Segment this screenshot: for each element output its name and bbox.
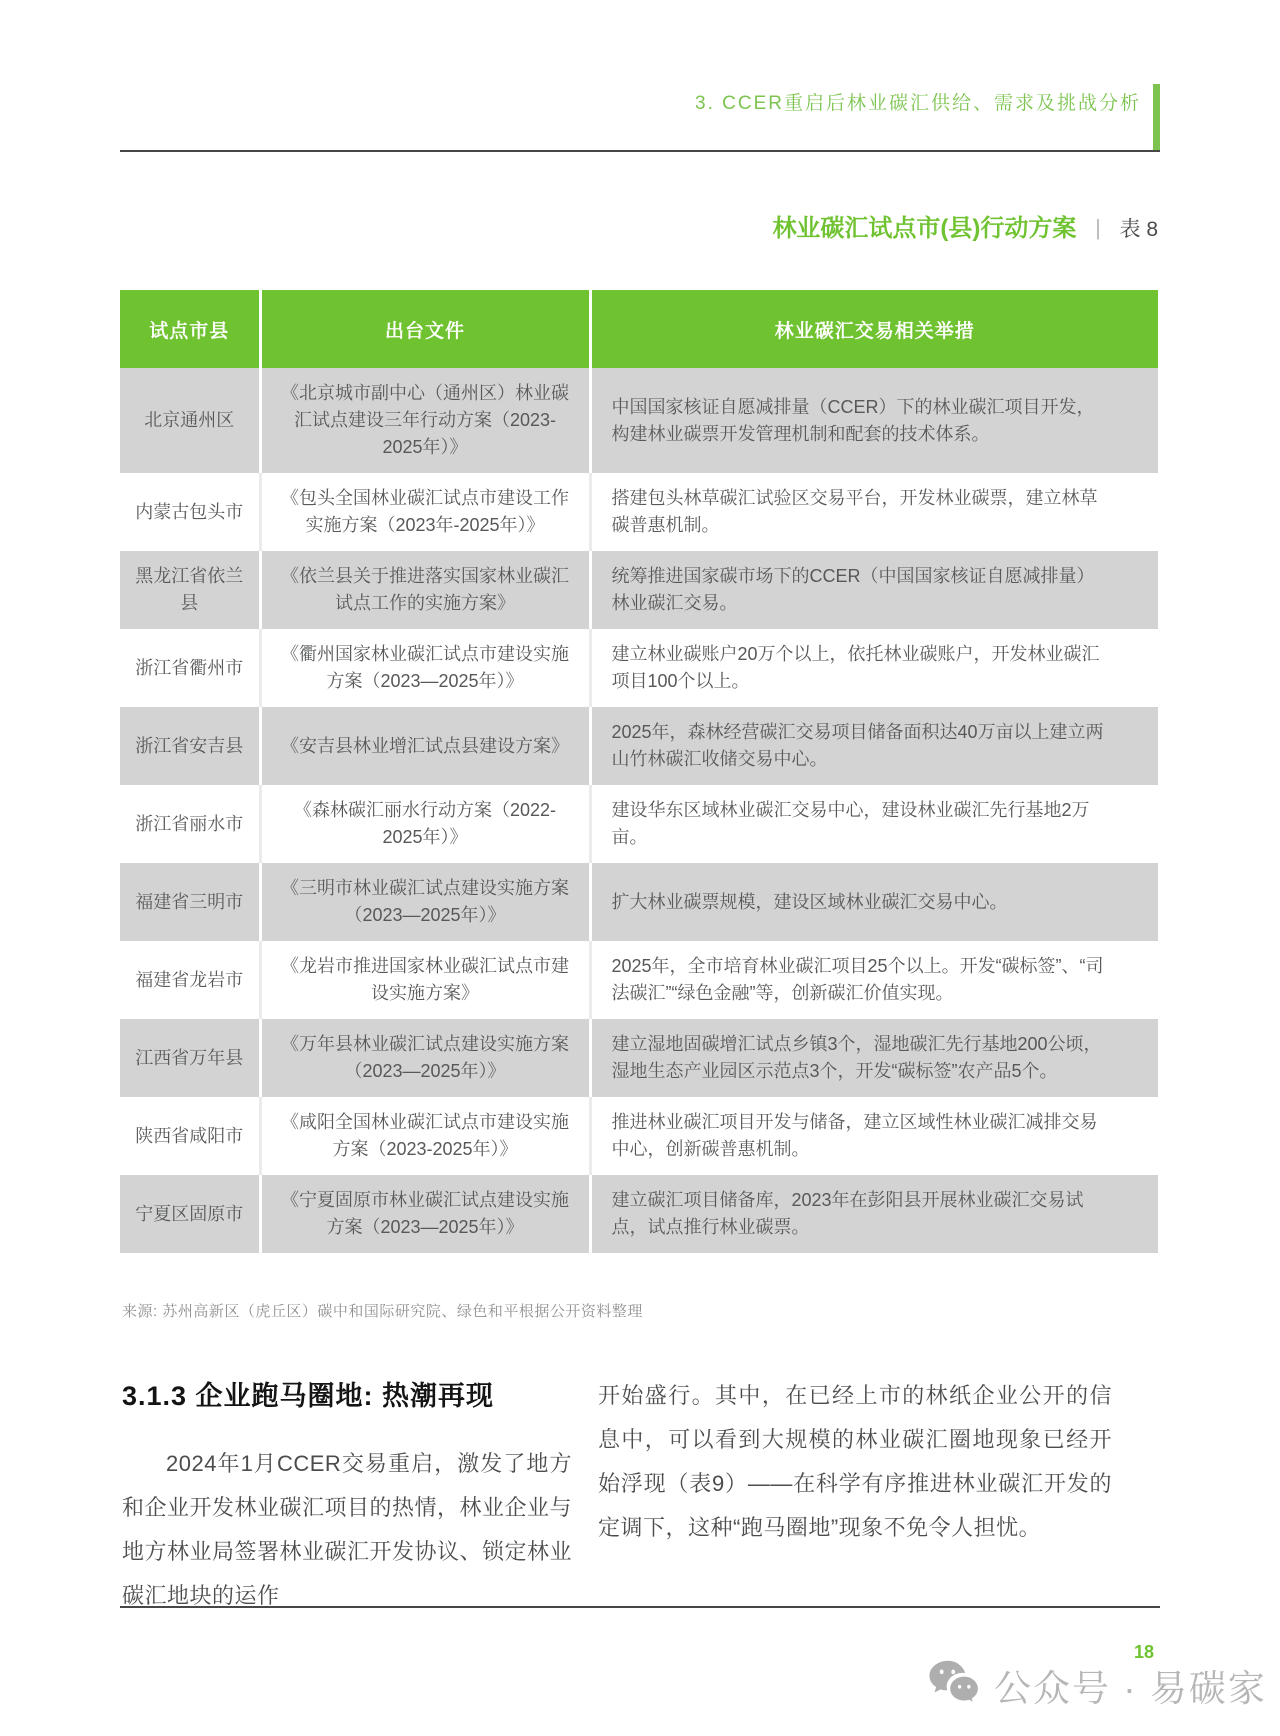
body-paragraph-left: 2024年1月CCER交易重启，激发了地方和企业开发林业碳汇项目的热情，林业企业… bbox=[122, 1442, 572, 1618]
cell-measures: 建立碳汇项目储备库，2023年在彭阳县开展林业碳汇交易试点，试点推行林业碳票。 bbox=[590, 1175, 1158, 1253]
cell-measures: 扩大林业碳票规模，建设区域林业碳汇交易中心。 bbox=[590, 863, 1158, 941]
table-row: 内蒙古包头市《包头全国林业碳汇试点市建设工作实施方案（2023年-2025年）》… bbox=[120, 473, 1158, 551]
table-row: 福建省三明市《三明市林业碳汇试点建设实施方案（2023—2025年）》扩大林业碳… bbox=[120, 863, 1158, 941]
table-caption-separator: | bbox=[1095, 215, 1101, 240]
cell-document: 《安吉县林业增汇试点县建设方案》 bbox=[260, 707, 590, 785]
table-row: 江西省万年县《万年县林业碳汇试点建设实施方案（2023—2025年）》建立湿地固… bbox=[120, 1019, 1158, 1097]
table-row: 浙江省衢州市《衢州国家林业碳汇试点市建设实施方案（2023—2025年）》建立林… bbox=[120, 629, 1158, 707]
table-body: 北京通州区《北京城市副中心（通州区）林业碳汇试点建设三年行动方案（2023-20… bbox=[120, 368, 1158, 1253]
table-row: 福建省龙岩市《龙岩市推进国家林业碳汇试点市建设实施方案》2025年，全市培育林业… bbox=[120, 941, 1158, 1019]
cell-measures: 搭建包头林草碳汇试验区交易平台，开发林业碳票，建立林草碳普惠机制。 bbox=[590, 473, 1158, 551]
breadcrumb: 3. CCER重启后林业碳汇供给、需求及挑战分析 bbox=[695, 84, 1160, 150]
source-note: 来源: 苏州高新区（虎丘区）碳中和国际研究院、绿色和平根据公开资料整理 bbox=[122, 1300, 643, 1321]
cell-measures: 推进林业碳汇项目开发与储备，建立区域性林业碳汇减排交易中心，创新碳普惠机制。 bbox=[590, 1097, 1158, 1175]
wechat-icon bbox=[928, 1659, 980, 1712]
cell-measures: 建设华东区域林业碳汇交易中心，建设林业碳汇先行基地2万亩。 bbox=[590, 785, 1158, 863]
cell-document: 《万年县林业碳汇试点建设实施方案（2023—2025年）》 bbox=[260, 1019, 590, 1097]
table-row: 浙江省安吉县《安吉县林业增汇试点县建设方案》2025年，森林经营碳汇交易项目储备… bbox=[120, 707, 1158, 785]
table-row: 浙江省丽水市《森林碳汇丽水行动方案（2022-2025年）》建设华东区域林业碳汇… bbox=[120, 785, 1158, 863]
watermark-text: 公众号 · 易碳家 bbox=[994, 1658, 1267, 1712]
cell-measures: 2025年，全市培育林业碳汇项目25个以上。开发“碳标签”、“司法碳汇”“绿色金… bbox=[590, 941, 1158, 1019]
body-paragraph-right: 开始盛行。其中，在已经上市的林纸企业公开的信息中，可以看到大规模的林业碳汇圈地现… bbox=[598, 1374, 1112, 1550]
document-page: 3. CCER重启后林业碳汇供给、需求及挑战分析 林业碳汇试点市(县)行动方案 … bbox=[0, 0, 1280, 1736]
cell-city: 浙江省安吉县 bbox=[120, 707, 260, 785]
cell-measures: 2025年，森林经营碳汇交易项目储备面积达40万亩以上建立两山竹林碳汇收储交易中… bbox=[590, 707, 1158, 785]
cell-city: 内蒙古包头市 bbox=[120, 473, 260, 551]
cell-measures: 中国国家核证自愿减排量（CCER）下的林业碳汇项目开发，构建林业碳票开发管理机制… bbox=[590, 368, 1158, 473]
cell-city: 浙江省丽水市 bbox=[120, 785, 260, 863]
table-row: 陕西省咸阳市《咸阳全国林业碳汇试点市建设实施方案（2023-2025年）》推进林… bbox=[120, 1097, 1158, 1175]
table-row: 宁夏区固原市《宁夏固原市林业碳汇试点建设实施方案（2023—2025年）》建立碳… bbox=[120, 1175, 1158, 1253]
column-header: 试点市县 bbox=[120, 290, 260, 368]
cell-city: 陕西省咸阳市 bbox=[120, 1097, 260, 1175]
table-caption-title: 林业碳汇试点市(县)行动方案 bbox=[772, 215, 1076, 242]
cell-city: 宁夏区固原市 bbox=[120, 1175, 260, 1253]
cell-city: 福建省龙岩市 bbox=[120, 941, 260, 1019]
pilot-cities-table: 试点市县出台文件林业碳汇交易相关举措 北京通州区《北京城市副中心（通州区）林业碳… bbox=[120, 290, 1158, 1253]
cell-document: 《衢州国家林业碳汇试点市建设实施方案（2023—2025年）》 bbox=[260, 629, 590, 707]
cell-city: 北京通州区 bbox=[120, 368, 260, 473]
cell-city: 江西省万年县 bbox=[120, 1019, 260, 1097]
cell-document: 《依兰县关于推进落实国家林业碳汇试点工作的实施方案》 bbox=[260, 551, 590, 629]
cell-document: 《森林碳汇丽水行动方案（2022-2025年）》 bbox=[260, 785, 590, 863]
cell-document: 《龙岩市推进国家林业碳汇试点市建设实施方案》 bbox=[260, 941, 590, 1019]
cell-city: 浙江省衢州市 bbox=[120, 629, 260, 707]
cell-city: 福建省三明市 bbox=[120, 863, 260, 941]
cell-document: 《北京城市副中心（通州区）林业碳汇试点建设三年行动方案（2023-2025年）》 bbox=[260, 368, 590, 473]
column-header: 出台文件 bbox=[260, 290, 590, 368]
cell-measures: 建立林业碳账户20万个以上，依托林业碳账户，开发林业碳汇项目100个以上。 bbox=[590, 629, 1158, 707]
cell-document: 《咸阳全国林业碳汇试点市建设实施方案（2023-2025年）》 bbox=[260, 1097, 590, 1175]
bottom-divider bbox=[120, 1606, 1160, 1608]
cell-measures: 建立湿地固碳增汇试点乡镇3个，湿地碳汇先行基地200公顷，湿地生态产业园区示范点… bbox=[590, 1019, 1158, 1097]
section-heading: 3.1.3 企业跑马圈地: 热潮再现 bbox=[122, 1374, 494, 1413]
column-header: 林业碳汇交易相关举措 bbox=[590, 290, 1158, 368]
breadcrumb-text: 3. CCER重启后林业碳汇供给、需求及挑战分析 bbox=[695, 88, 1141, 115]
cell-measures: 统筹推进国家碳市场下的CCER（中国国家核证自愿减排量）林业碳汇交易。 bbox=[590, 551, 1158, 629]
table-header-row: 试点市县出台文件林业碳汇交易相关举措 bbox=[120, 290, 1158, 368]
table-caption: 林业碳汇试点市(县)行动方案 | 表 8 bbox=[120, 208, 1158, 243]
table-row: 北京通州区《北京城市副中心（通州区）林业碳汇试点建设三年行动方案（2023-20… bbox=[120, 368, 1158, 473]
top-divider bbox=[120, 150, 1160, 152]
watermark: 公众号 · 易碳家 bbox=[928, 1658, 1267, 1712]
table-caption-label: 表 8 bbox=[1119, 218, 1158, 241]
cell-city: 黑龙江省依兰县 bbox=[120, 551, 260, 629]
table-row: 黑龙江省依兰县《依兰县关于推进落实国家林业碳汇试点工作的实施方案》统筹推进国家碳… bbox=[120, 551, 1158, 629]
cell-document: 《三明市林业碳汇试点建设实施方案（2023—2025年）》 bbox=[260, 863, 590, 941]
cell-document: 《包头全国林业碳汇试点市建设工作实施方案（2023年-2025年）》 bbox=[260, 473, 590, 551]
cell-document: 《宁夏固原市林业碳汇试点建设实施方案（2023—2025年）》 bbox=[260, 1175, 590, 1253]
accent-bar bbox=[1153, 84, 1160, 150]
